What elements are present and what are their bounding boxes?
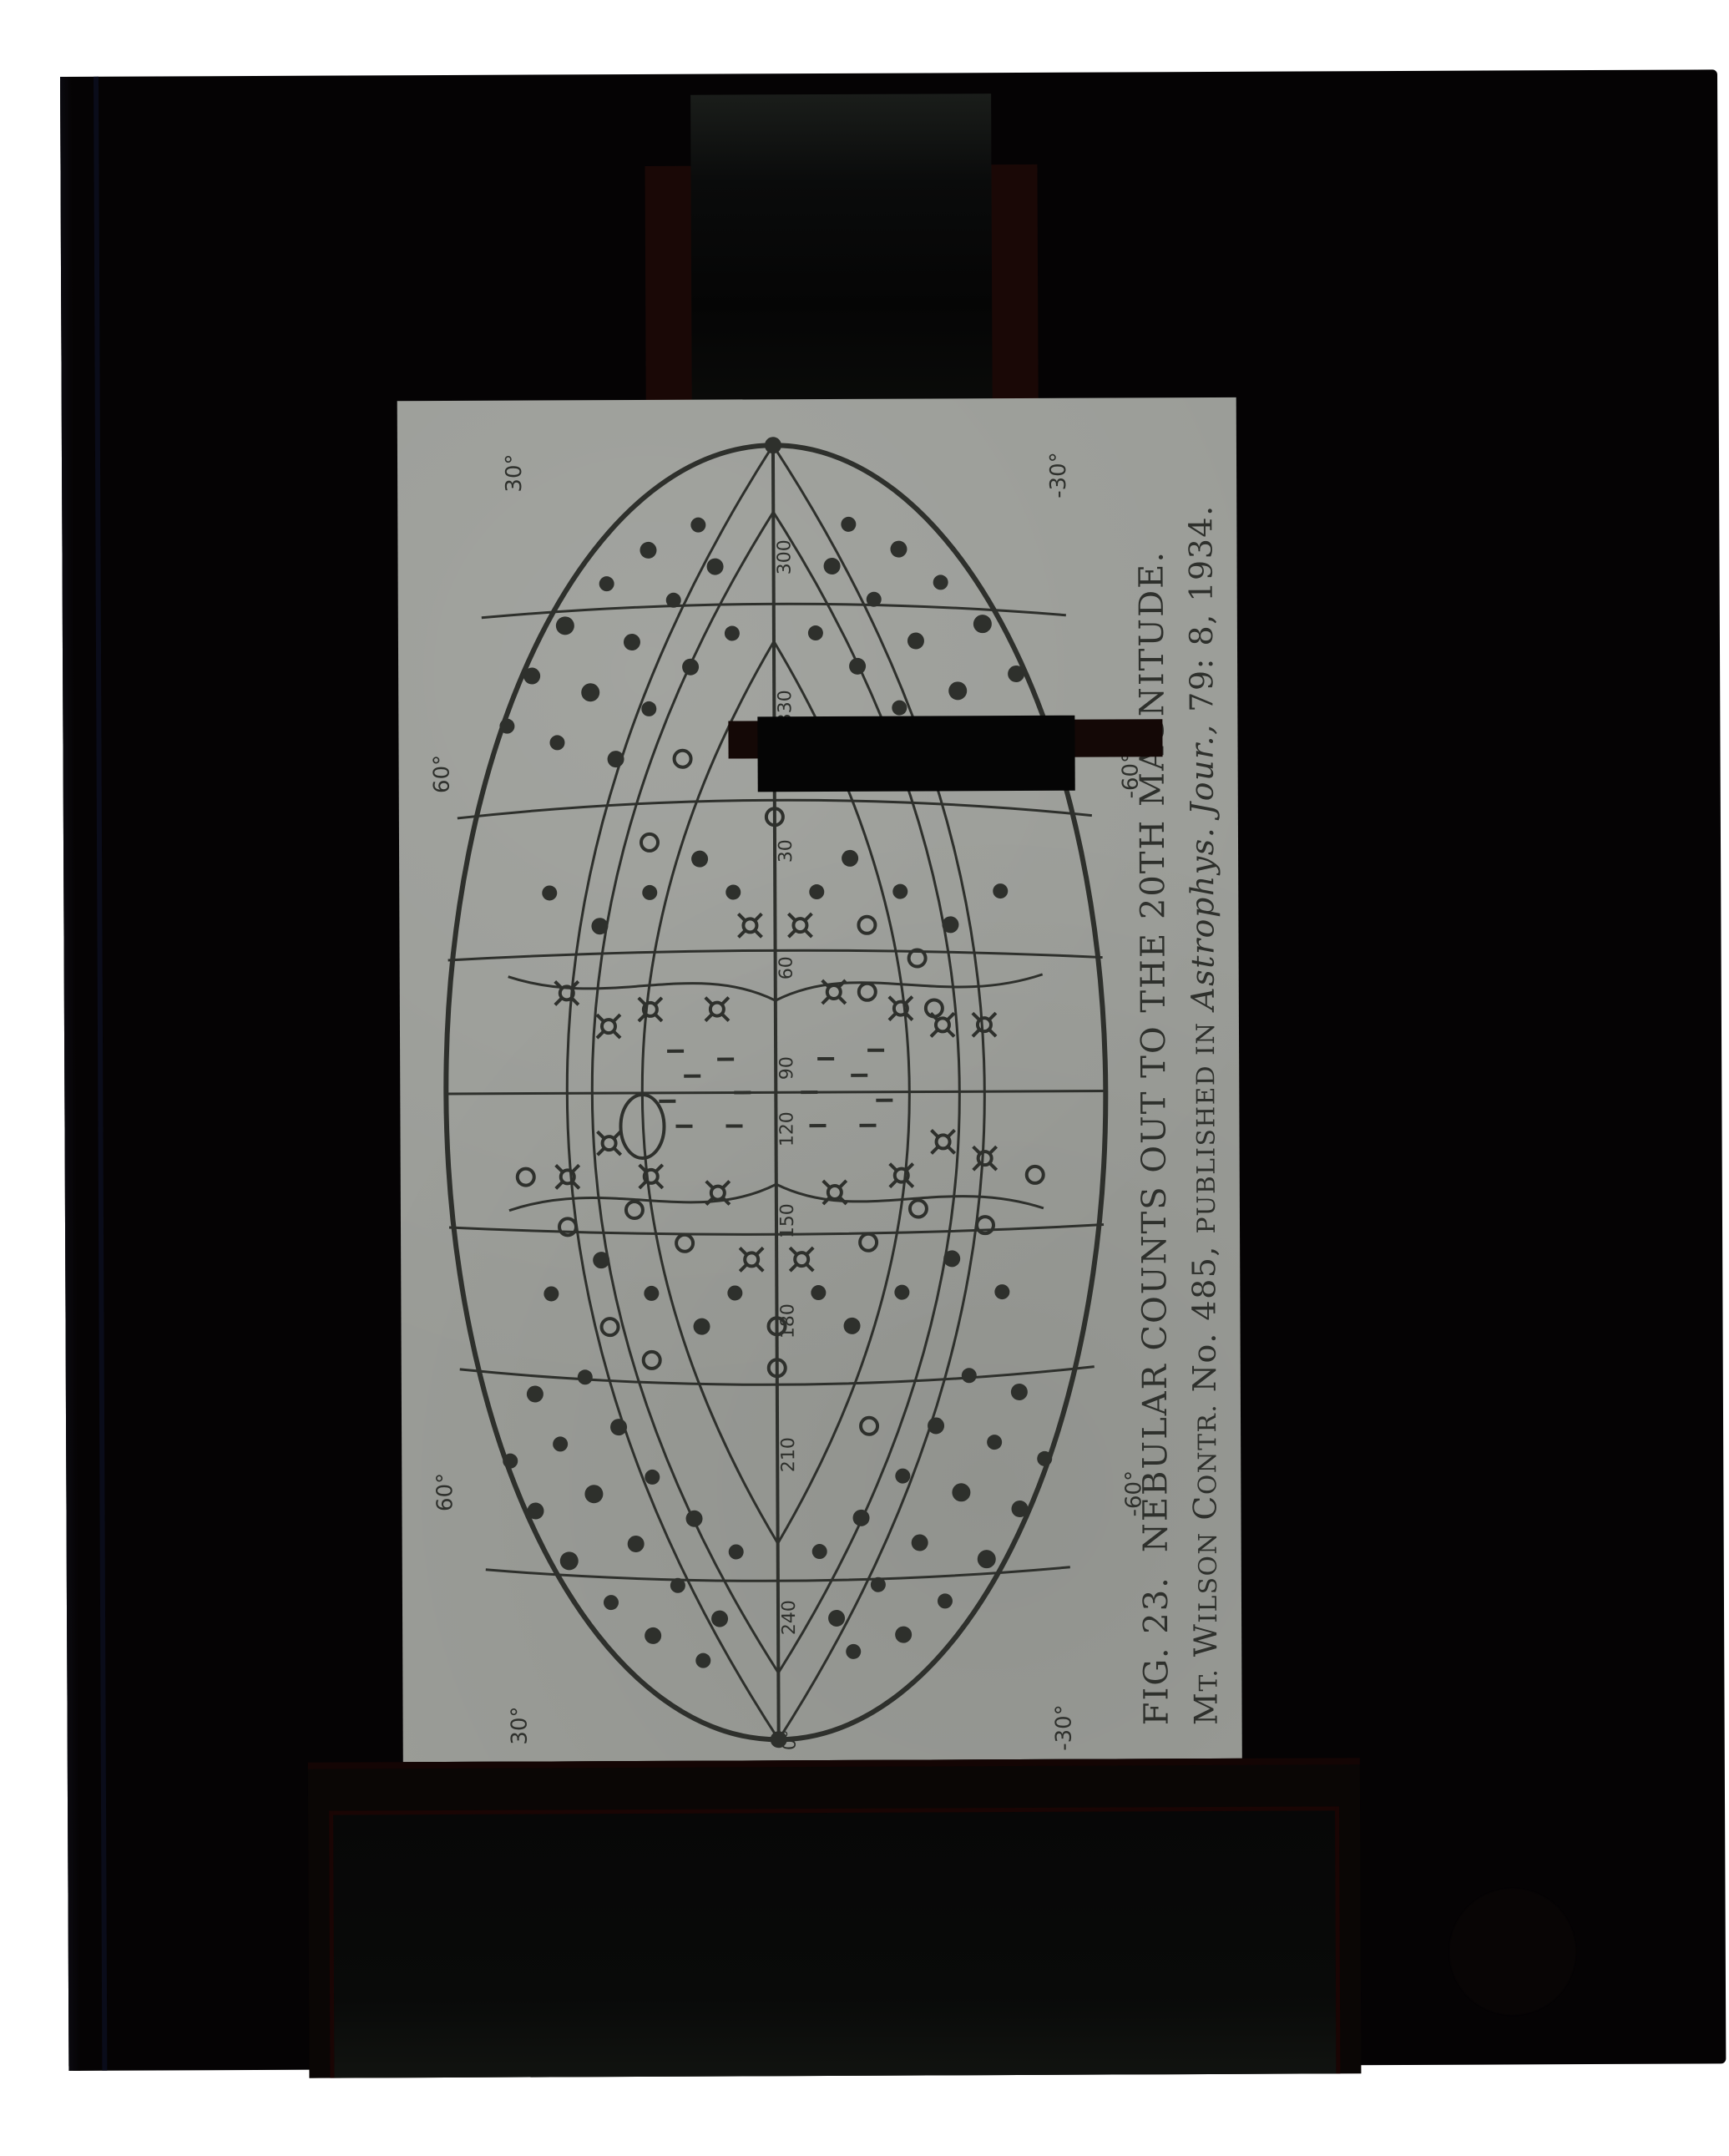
credit-mt-initial: M [1187, 1692, 1224, 1726]
bottom-label-block [308, 1758, 1362, 2078]
top-binding-tab [690, 94, 993, 446]
lon-label-30: 30 [776, 839, 796, 863]
credit-wilson-initial: W [1187, 1623, 1224, 1657]
lon-label-60: 60 [776, 956, 797, 979]
credit-number: No. 485, [1186, 1245, 1223, 1392]
lat-label-30n-left: 30° [508, 1706, 533, 1744]
figure-caption-title: FIG. 23.NEBULAR COUNTS OUT TO THE 20TH M… [1132, 423, 1176, 1725]
slide-seal-circle [1449, 1889, 1575, 2015]
figure-content-rotated: 30° 60° 60° 30° -30° -60° -60° -30° 0° 2… [397, 397, 1242, 1762]
lantern-slide-mask: 30° 60° 60° 30° -30° -60° -60° -30° 0° 2… [60, 69, 1726, 2071]
lat-label-60n-right: 60° [430, 755, 455, 793]
lon-label-210: 210 [778, 1437, 799, 1472]
credit-wilson-rest: ILSON [1193, 1531, 1222, 1623]
lon-label-120: 120 [776, 1111, 797, 1146]
lat-label-60n-left: 60° [432, 1473, 458, 1511]
lon-label-240: 240 [779, 1600, 800, 1635]
credit-published-in: PUBLISHED IN [1191, 1021, 1221, 1233]
lon-label-150: 150 [777, 1203, 798, 1238]
credit-journal: Astrophys. Jour., [1183, 723, 1221, 1010]
lon-label-300: 300 [774, 539, 795, 574]
credit-contr-rest: ONTR. [1192, 1404, 1221, 1495]
figure-number: FIG. 23. [1137, 1576, 1176, 1725]
slide-edge-stripe [94, 77, 107, 2071]
lat-label-30s-right: -30° [1046, 452, 1071, 499]
sky-map: 30° 60° 60° 30° -30° -60° -60° -30° 0° 2… [397, 397, 1242, 1762]
bottom-label-frame [329, 1806, 1340, 2078]
slide-edge [60, 77, 80, 2071]
figure-card: 30° 60° 60° 30° -30° -60° -60° -30° 0° 2… [397, 397, 1242, 1762]
lon-label-0: 0° [780, 1729, 801, 1750]
credit-contr-initial: C [1186, 1495, 1223, 1521]
lat-label-30n-right: 30° [502, 453, 527, 492]
tab-overlap [757, 716, 1074, 792]
figure-caption-credit: MT. WILSON CONTR. No. 485, PUBLISHED IN … [1182, 423, 1225, 1725]
figure-title: NEBULAR COUNTS OUT TO THE 20TH MAGNITUDE… [1132, 550, 1175, 1552]
lon-label-90: 90 [776, 1056, 797, 1080]
credit-mt-rest: T. [1193, 1668, 1222, 1692]
credit-citation: 79: 8, 1934. [1182, 504, 1220, 712]
lat-label-30s-left: -30° [1052, 1704, 1077, 1751]
lon-label-180: 180 [777, 1303, 798, 1339]
